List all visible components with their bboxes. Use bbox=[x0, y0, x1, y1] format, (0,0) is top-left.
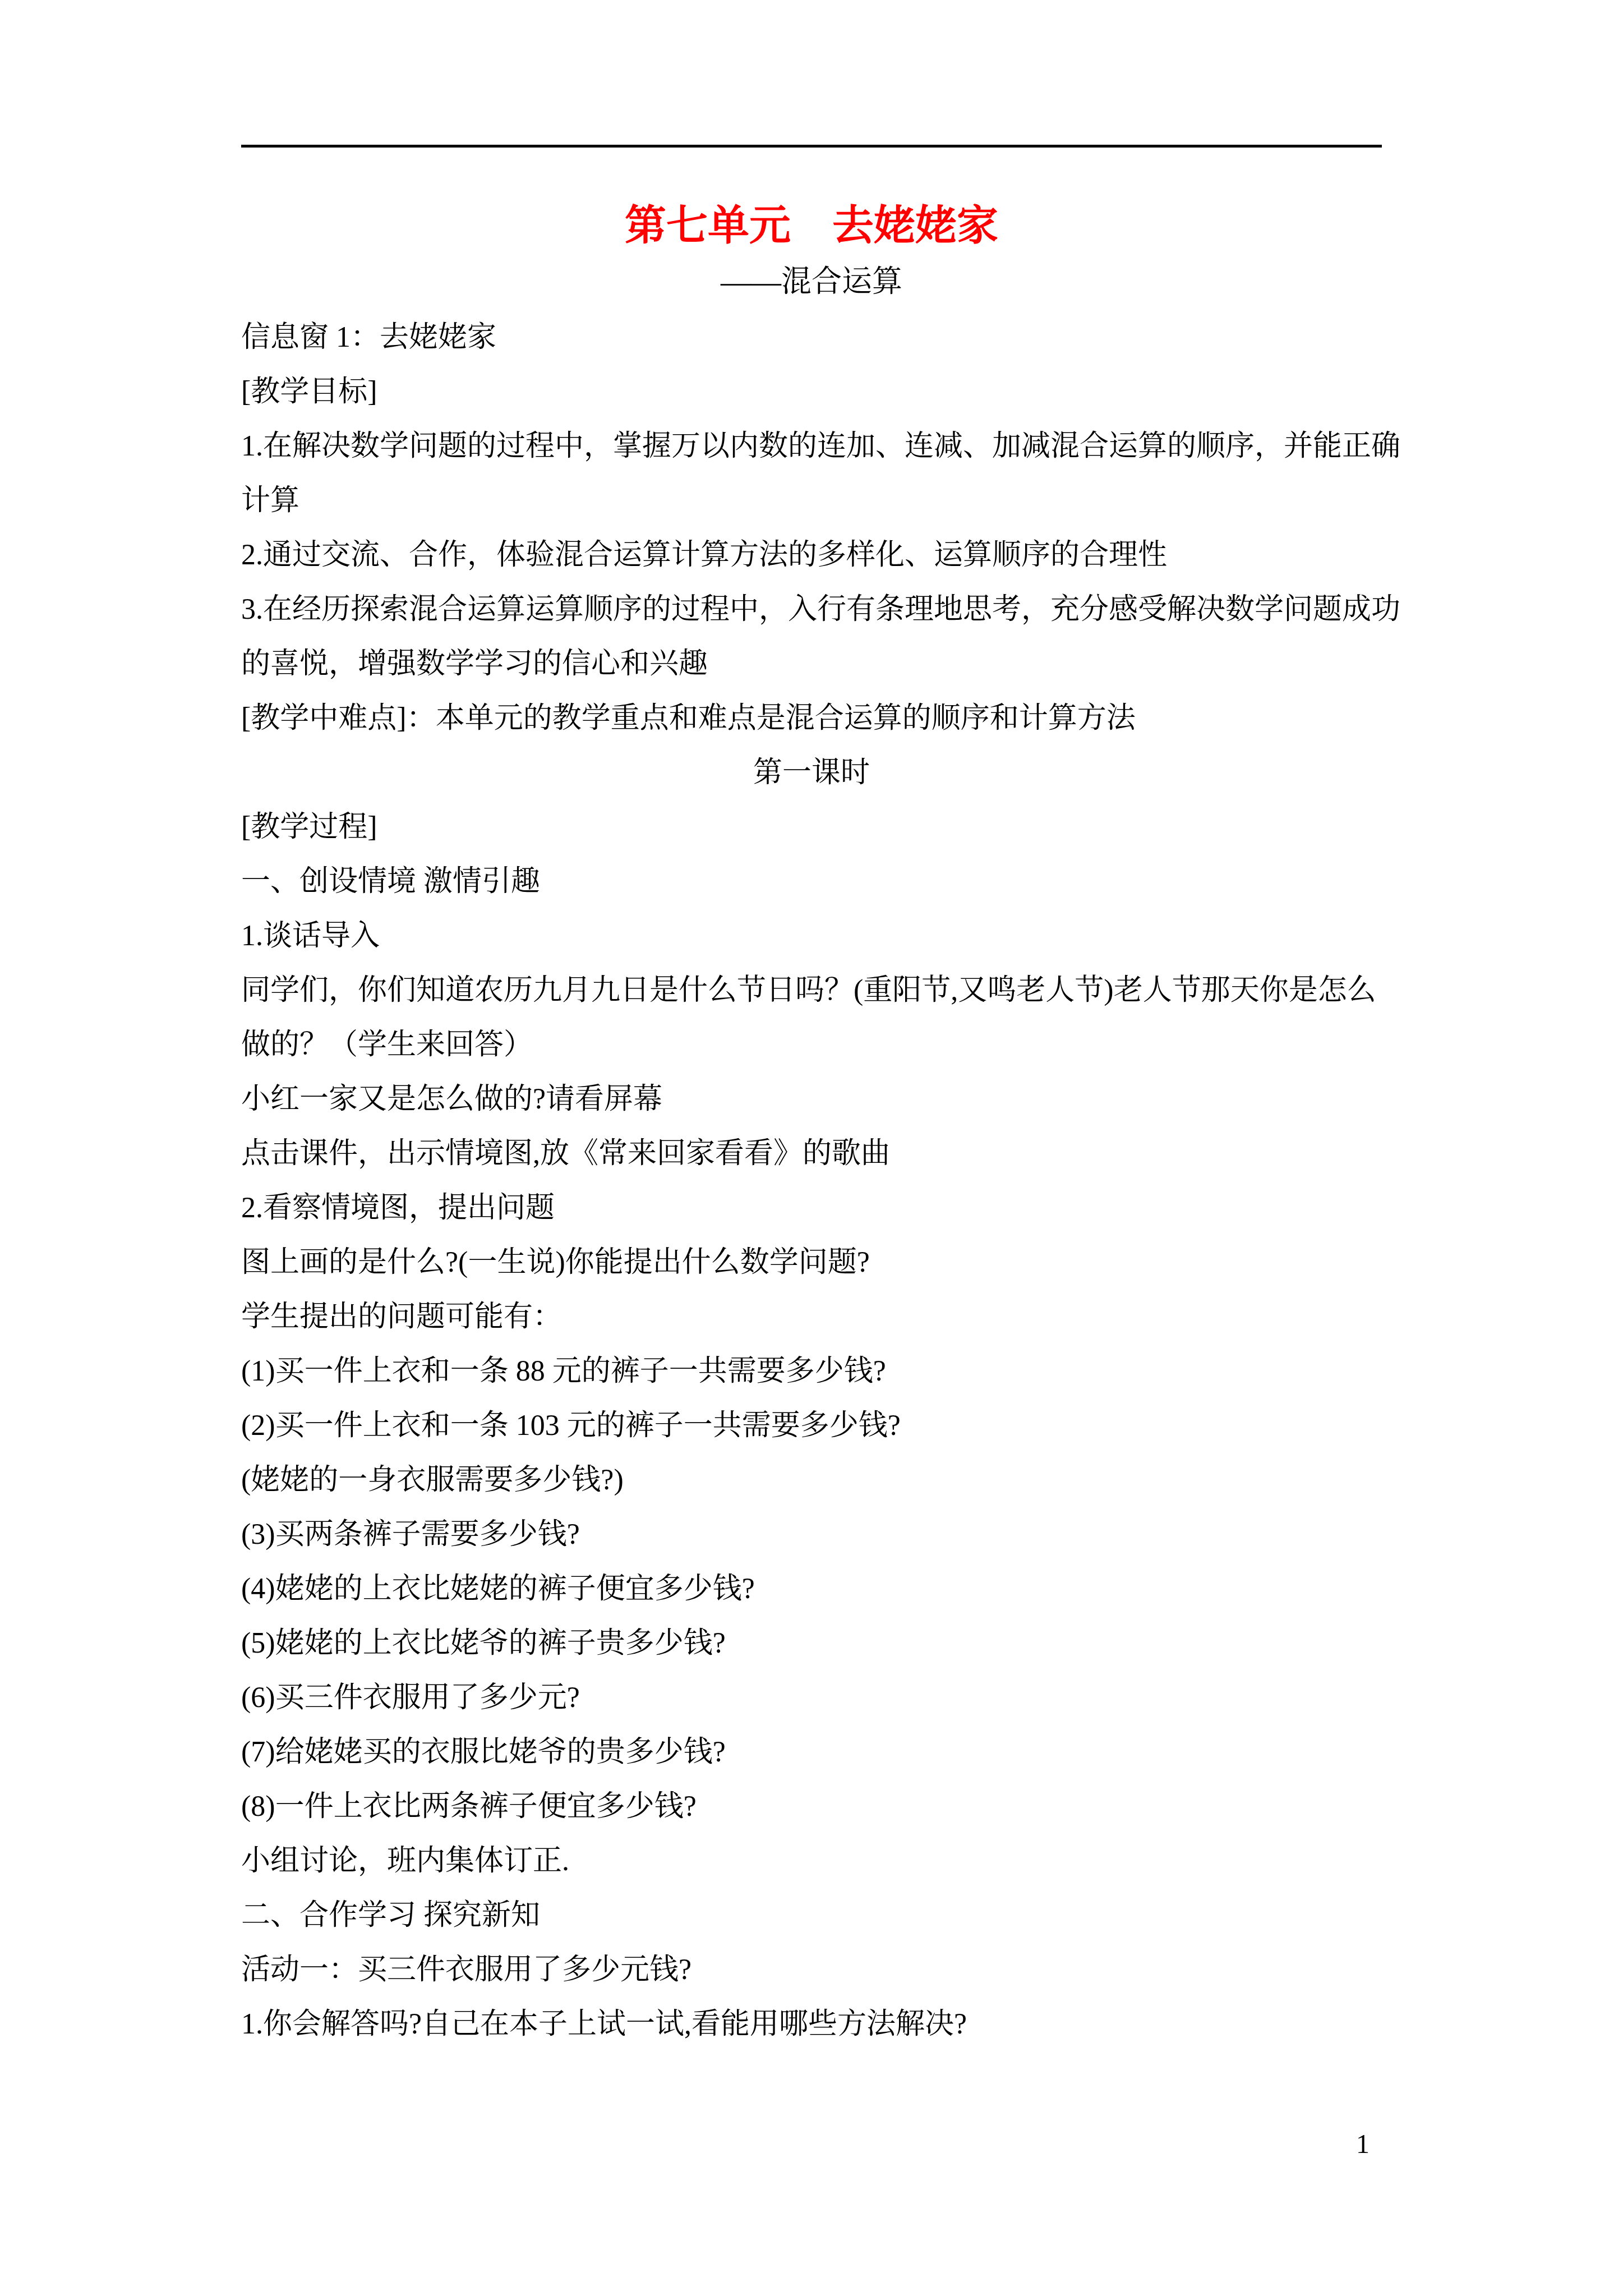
paragraph-line: 3.在经历探索混合运算运算顺序的过程中，入行有条理地思考，充分感受解决数学问题成… bbox=[241, 582, 1382, 637]
paragraph-line: (3)买两条裤子需要多少钱? bbox=[241, 1507, 1382, 1562]
paragraph-line: (2)买一件上衣和一条 103 元的裤子一共需要多少钱? bbox=[241, 1398, 1382, 1453]
paragraph-line: 1.谈话导入 bbox=[241, 909, 1382, 963]
paragraph-line: 同学们，你们知道农历九月九日是什么节日吗？(重阳节,又鸣老人节)老人节那天你是怎… bbox=[241, 963, 1382, 1018]
paragraph-line: 2.看察情境图，提出问题 bbox=[241, 1181, 1382, 1235]
paragraph-line: (1)买一件上衣和一条 88 元的裤子一共需要多少钱? bbox=[241, 1344, 1382, 1398]
paragraph-line: (姥姥的一身衣服需要多少钱?) bbox=[241, 1453, 1382, 1507]
paragraph-line-centered: 第一课时 bbox=[241, 746, 1382, 800]
document-content: 第七单元 去姥姥家 ——混合运算 信息窗 1：去姥姥家 [教学目标] 1.在解决… bbox=[241, 0, 1382, 2051]
paragraph-line: (8)一件上衣比两条裤子便宜多少钱? bbox=[241, 1779, 1382, 1834]
paragraph-line: 点击课件，出示情境图,放《常来回家看看》的歌曲 bbox=[241, 1126, 1382, 1181]
document-subtitle: ——混合运算 bbox=[241, 264, 1382, 299]
paragraph-line: (5)姥姥的上衣比姥爷的裤子贵多少钱? bbox=[241, 1616, 1382, 1671]
page-number: 1 bbox=[1356, 2131, 1370, 2159]
paragraph-line: (4)姥姥的上衣比姥姥的裤子便宜多少钱? bbox=[241, 1562, 1382, 1616]
document-page: 第七单元 去姥姥家 ——混合运算 信息窗 1：去姥姥家 [教学目标] 1.在解决… bbox=[0, 0, 1623, 2296]
paragraph-line: 小红一家又是怎么做的?请看屏幕 bbox=[241, 1072, 1382, 1126]
paragraph-line: [教学过程] bbox=[241, 800, 1382, 854]
paragraph-line: (6)买三件衣服用了多少元? bbox=[241, 1671, 1382, 1725]
paragraph-line: 活动一：买三件衣服用了多少元钱? bbox=[241, 1943, 1382, 1997]
paragraph-line: 计算 bbox=[241, 473, 1382, 528]
paragraph-line: 一、创设情境 激情引趣 bbox=[241, 854, 1382, 909]
paragraph-line: [教学中难点]：本单元的教学重点和难点是混合运算的顺序和计算方法 bbox=[241, 691, 1382, 746]
paragraph-line: 图上画的是什么?(一生说)你能提出什么数学问题? bbox=[241, 1235, 1382, 1290]
paragraph-line: 二、合作学习 探究新知 bbox=[241, 1888, 1382, 1943]
paragraph-line: 的喜悦，增强数学学习的信心和兴趣 bbox=[241, 637, 1382, 691]
paragraph-line: 2.通过交流、合作，体验混合运算计算方法的多样化、运算顺序的合理性 bbox=[241, 528, 1382, 582]
document-title: 第七单元 去姥姥家 bbox=[241, 204, 1382, 249]
paragraph-line: (7)给姥姥买的衣服比姥爷的贵多少钱? bbox=[241, 1725, 1382, 1779]
paragraph-line: 1.在解决数学问题的过程中，掌握万以内数的连加、连减、加减混合运算的顺序，并能正… bbox=[241, 419, 1382, 473]
paragraph-line: 1.你会解答吗?自己在本子上试一试,看能用哪些方法解决? bbox=[241, 1997, 1382, 2051]
paragraph-line: 小组讨论，班内集体订正. bbox=[241, 1834, 1382, 1888]
document-body: 信息窗 1：去姥姥家 [教学目标] 1.在解决数学问题的过程中，掌握万以内数的连… bbox=[241, 310, 1382, 2051]
paragraph-line: 做的？（学生来回答） bbox=[241, 1018, 1382, 1072]
header-rule bbox=[241, 145, 1382, 148]
paragraph-line: [教学目标] bbox=[241, 365, 1382, 419]
paragraph-line: 学生提出的问题可能有： bbox=[241, 1290, 1382, 1344]
paragraph-line: 信息窗 1：去姥姥家 bbox=[241, 310, 1382, 365]
